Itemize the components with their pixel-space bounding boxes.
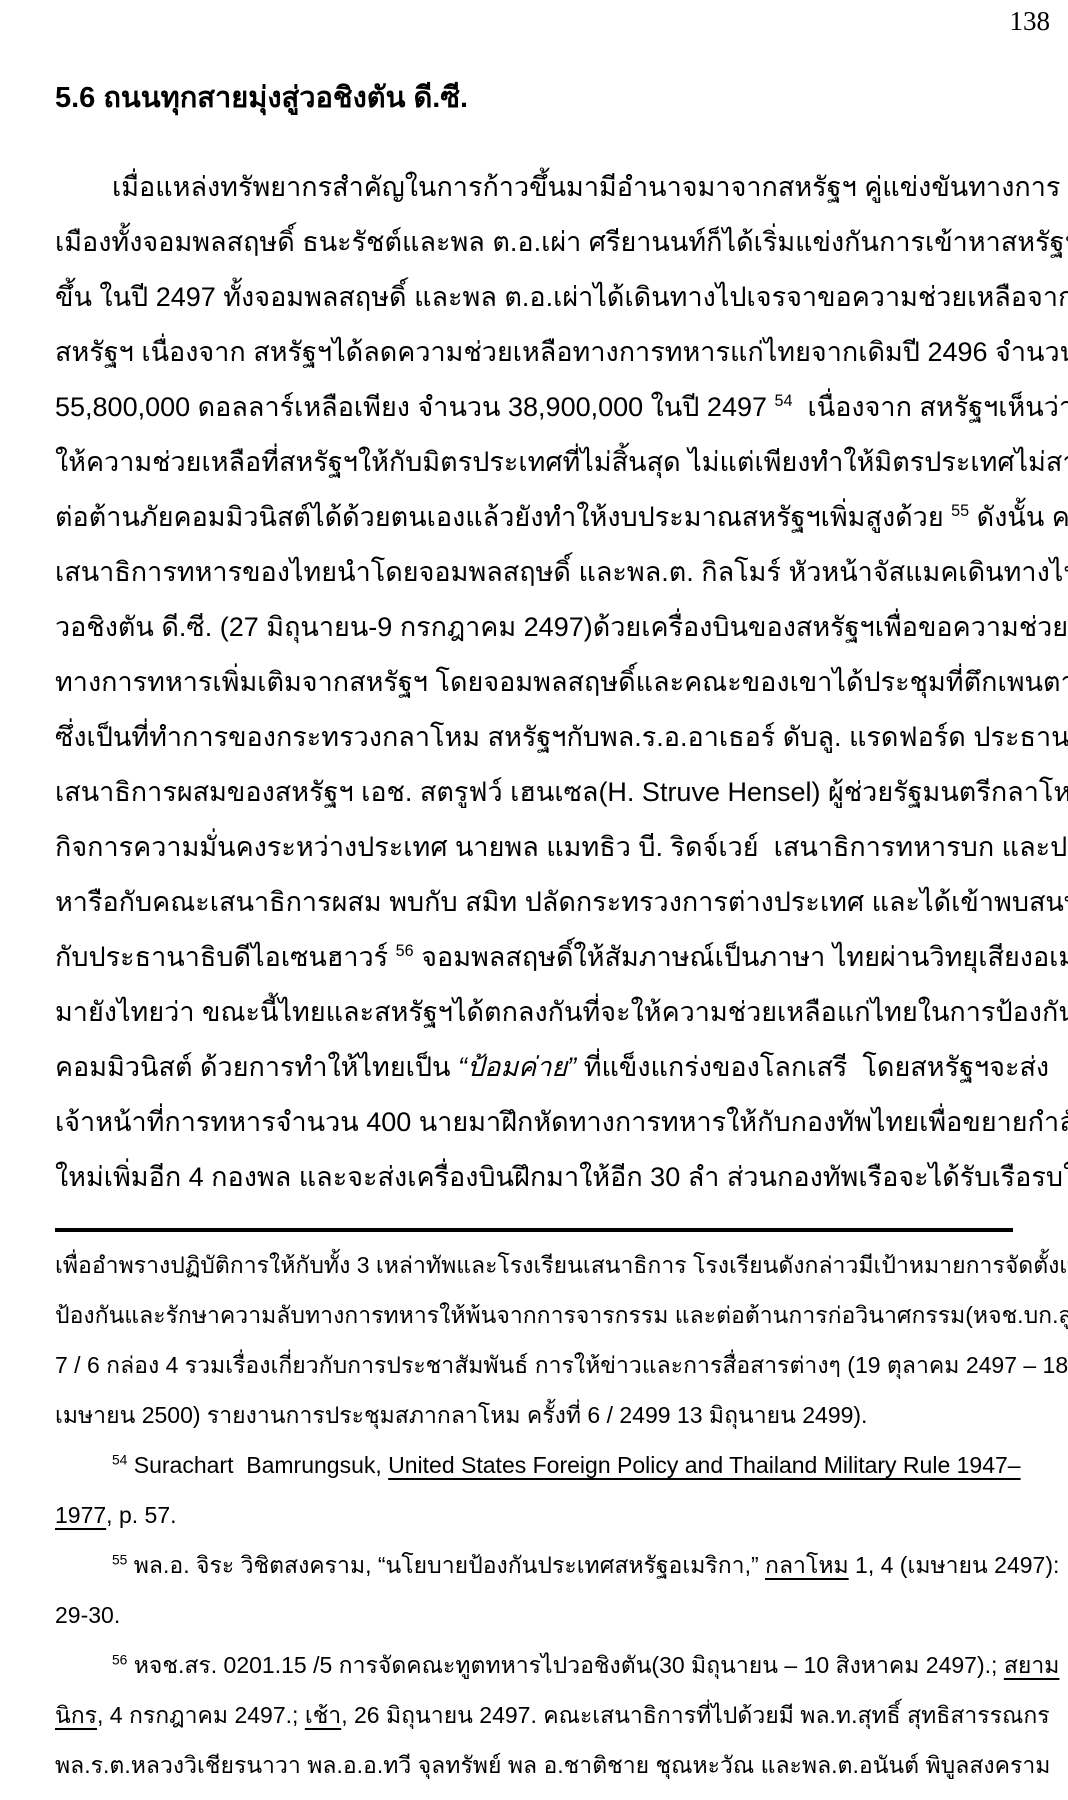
footnote-marker: 54 [775,392,793,410]
body-line: สหรัฐฯ เนื่องจาก สหรัฐฯได้ลดความช่วยเหลื… [55,325,1013,380]
text-segment: พล.ร.ต.หลวงวิเชียรนาวา พล.อ.อ.ทวี จุลทรั… [55,1752,1050,1778]
text-segment: 29-30. [55,1602,120,1628]
text-segment: “ป้อมค่าย” [458,1052,576,1082]
text-segment: , 26 มิถุนายน 2497. คณะเสนาธิการที่ไปด้ว… [341,1702,1049,1728]
body-line: ต่อต้านภัยคอมมิวนิสต์ได้ด้วยตนเองแล้วยัง… [55,490,1013,545]
footnote-marker: 55 [112,1552,127,1567]
text-segment: กลาโหม [765,1552,849,1578]
text-segment: ขึ้น ในปี 2497 ทั้งจอมพลสฤษดิ์ และพล ต.อ… [55,282,1068,312]
text-segment: ทางการทหารเพิ่มเติมจากสหรัฐฯ โดยจอมพลสฤษ… [55,667,1068,697]
text-segment: เสนาธิการทหารของไทยนำโดยจอมพลสฤษดิ์ และพ… [55,557,1068,587]
text-segment: วอชิงตัน ดี.ซี. (27 มิถุนายน-9 กรกฎาคม 2… [55,612,1068,642]
text-segment: กิจการความมั่นคงระหว่างประเทศ นายพล แมทธ… [55,832,1068,862]
body-line: ซึ่งเป็นที่ทำการของกระทรวงกลาโหม สหรัฐฯก… [55,710,1013,765]
text-segment: จอมพลสฤษดิ์ให้สัมภาษณ์เป็นภาษา ไทยผ่านวิ… [414,942,1068,972]
text-segment: กับประธานาธิบดีไอเซนฮาวร์ [55,942,396,972]
footnote-line: 55 พล.อ. จิระ วิชิตสงคราม, “นโยบายป้องกั… [55,1540,1013,1590]
text-segment: เสนาธิการผสมของสหรัฐฯ เอช. สตรูฟว์ เฮนเซ… [55,777,1068,807]
text-segment: Surachart Bamrungsuk, [127,1452,388,1478]
footnote-marker: 55 [951,502,969,520]
document-page: 138 5.6 ถนนทุกสายมุ่งสู่วอชิงตัน ดี.ซี. … [0,0,1068,1800]
body-line: หารือกับคณะเสนาธิการผสม พบกับ สมิท ปลัดก… [55,875,1013,930]
footnote-line: 29-30. [55,1590,1013,1640]
footnotes-section: เพื่ออำพรางปฏิบัติการให้กับทั้ง 3 เหล่าท… [55,1240,1013,1790]
body-line: มายังไทยว่า ขณะนี้ไทยและสหรัฐฯได้ตกลงกัน… [55,985,1013,1040]
text-segment: เมษายน 2500) รายงานการประชุมสภากลาโหม คร… [55,1402,867,1428]
body-line: ให้ความช่วยเหลือที่สหรัฐฯให้กับมิตรประเท… [55,435,1013,490]
text-segment: พล.อ. จิระ วิชิตสงคราม, “นโยบายป้องกันปร… [127,1552,765,1578]
footnote-line: 1977, p. 57. [55,1490,1013,1540]
footnote-line: เพื่ออำพรางปฏิบัติการให้กับทั้ง 3 เหล่าท… [55,1240,1013,1290]
text-segment: นิกร [55,1702,97,1728]
text-segment: , p. 57. [106,1502,176,1528]
footnote-marker: 56 [396,942,414,960]
footnote-marker: 56 [112,1652,127,1667]
text-segment: ป้องกันและรักษาความลับทางการทหารให้พ้นจา… [55,1302,1068,1328]
body-line: เมื่อแหล่งทรัพยากรสำคัญในการก้าวขึ้นมามี… [55,160,1013,215]
body-line: ขึ้น ในปี 2497 ทั้งจอมพลสฤษดิ์ และพล ต.อ… [55,270,1013,325]
footnote-line: พล.ร.ต.หลวงวิเชียรนาวา พล.อ.อ.ทวี จุลทรั… [55,1740,1013,1790]
text-segment: ให้ความช่วยเหลือที่สหรัฐฯให้กับมิตรประเท… [55,447,1068,477]
text-segment: ซึ่งเป็นที่ทำการของกระทรวงกลาโหม สหรัฐฯก… [55,722,1068,752]
text-segment: เนื่องจาก สหรัฐฯเห็นว่า การ [793,392,1068,422]
footnote-line: นิกร, 4 กรกฎาคม 2497.; เช้า, 26 มิถุนายน… [55,1690,1013,1740]
text-segment: มายังไทยว่า ขณะนี้ไทยและสหรัฐฯได้ตกลงกัน… [55,997,1068,1027]
page-number: 138 [1010,6,1051,37]
body-line: 55,800,000 ดอลลาร์เหลือเพียง จำนวน 38,90… [55,380,1013,435]
footnote-marker: 54 [112,1452,127,1467]
text-segment: United States Foreign Policy and Thailan… [388,1452,1020,1478]
body-line: ใหม่เพิ่มอีก 4 กองพล และจะส่งเครื่องบินฝ… [55,1150,1013,1205]
text-segment: 1977 [55,1502,106,1528]
body-line: เจ้าหน้าที่การทหารจำนวน 400 นายมาฝึกหัดท… [55,1095,1013,1150]
text-segment: 1, 4 (เมษายน 2497): [849,1552,1060,1578]
body-line: เสนาธิการทหารของไทยนำโดยจอมพลสฤษดิ์ และพ… [55,545,1013,600]
text-segment: ใหม่เพิ่มอีก 4 กองพล และจะส่งเครื่องบินฝ… [55,1162,1068,1192]
text-segment: 7 / 6 กล่อง 4 รวมเรื่องเกี่ยวกับการประชา… [55,1352,1068,1378]
footnote-line: เมษายน 2500) รายงานการประชุมสภากลาโหม คร… [55,1390,1013,1440]
text-segment: เมืองทั้งจอมพลสฤษดิ์ ธนะรัชต์และพล ต.อ.เ… [55,227,1068,257]
text-segment: ดังนั้น คณะ [969,502,1068,532]
text-segment: สยาม [1004,1652,1060,1678]
body-line: วอชิงตัน ดี.ซี. (27 มิถุนายน-9 กรกฎาคม 2… [55,600,1013,655]
text-segment: คอมมิวนิสต์ ด้วยการทำให้ไทยเป็น [55,1052,458,1082]
body-line: กับประธานาธิบดีไอเซนฮาวร์ 56 จอมพลสฤษดิ์… [55,930,1013,985]
text-segment: เมื่อแหล่งทรัพยากรสำคัญในการก้าวขึ้นมามี… [112,172,1060,202]
footnote-line: 56 หจช.สร. 0201.15 /5 การจัดคณะทูตทหารไป… [55,1640,1013,1690]
body-line: คอมมิวนิสต์ ด้วยการทำให้ไทยเป็น “ป้อมค่า… [55,1040,1013,1095]
footnote-line: 54 Surachart Bamrungsuk, United States F… [55,1440,1013,1490]
text-segment: ต่อต้านภัยคอมมิวนิสต์ได้ด้วยตนเองแล้วยัง… [55,502,951,532]
footnote-line: 7 / 6 กล่อง 4 รวมเรื่องเกี่ยวกับการประชา… [55,1340,1013,1390]
body-line: เมืองทั้งจอมพลสฤษดิ์ ธนะรัชต์และพล ต.อ.เ… [55,215,1013,270]
text-segment: สหรัฐฯ เนื่องจาก สหรัฐฯได้ลดความช่วยเหลื… [55,337,1068,367]
body-line: กิจการความมั่นคงระหว่างประเทศ นายพล แมทธ… [55,820,1013,875]
body-line: เสนาธิการผสมของสหรัฐฯ เอช. สตรูฟว์ เฮนเซ… [55,765,1013,820]
text-segment: หารือกับคณะเสนาธิการผสม พบกับ สมิท ปลัดก… [55,887,1068,917]
body-line: ทางการทหารเพิ่มเติมจากสหรัฐฯ โดยจอมพลสฤษ… [55,655,1013,710]
footnote-separator [55,1228,1013,1232]
text-segment: 55,800,000 ดอลลาร์เหลือเพียง จำนวน 38,90… [55,392,775,422]
section-heading: 5.6 ถนนทุกสายมุ่งสู่วอชิงตัน ดี.ซี. [55,74,468,120]
body-paragraph: เมื่อแหล่งทรัพยากรสำคัญในการก้าวขึ้นมามี… [55,160,1013,1205]
text-segment: เจ้าหน้าที่การทหารจำนวน 400 นายมาฝึกหัดท… [55,1107,1068,1137]
text-segment: , 4 กรกฎาคม 2497.; [97,1702,305,1728]
text-segment: เพื่ออำพรางปฏิบัติการให้กับทั้ง 3 เหล่าท… [55,1252,1068,1278]
text-segment: หจช.สร. 0201.15 /5 การจัดคณะทูตทหารไปวอช… [127,1652,1003,1678]
footnote-line: ป้องกันและรักษาความลับทางการทหารให้พ้นจา… [55,1290,1013,1340]
text-segment: ที่แข็งแกร่งของโลกเสรี โดยสหรัฐฯจะส่ง [576,1052,1049,1082]
text-segment: เช้า [305,1702,341,1728]
